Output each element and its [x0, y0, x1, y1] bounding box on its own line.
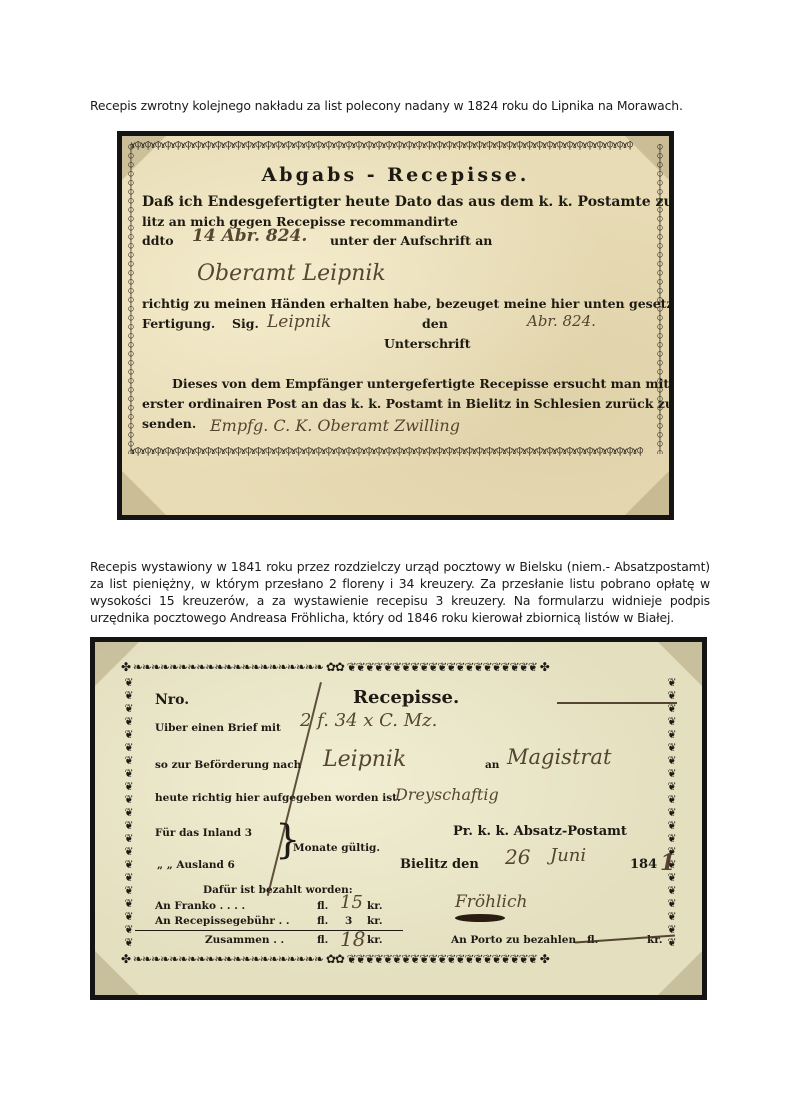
leaf-border-bottom: ✤ ❧❧❧❧❧❧❧❧❧❧❧❧❧❧❧❧❧❧❧❧❧ ✿✿ ❦❦❦❦❦❦❦❦❦❦❦❦❦… — [121, 952, 680, 966]
handwritten-sig-date: Abr. 824. — [527, 312, 596, 330]
number-label: Nro. — [155, 692, 189, 708]
ink-blot — [455, 914, 505, 922]
text-line: an — [485, 759, 499, 771]
text-line: „ „ Ausland 6 — [157, 859, 235, 871]
post-office-name: Pr. k. k. Absatz-Postamt — [453, 824, 627, 839]
text-line: unter der Aufschrift an — [330, 233, 492, 248]
text-line: Dafür ist bezahlt worden: — [203, 884, 353, 896]
chain-border-top: ɤ⌽ɤ⌽ɤ⌽ɤ⌽ɤ⌽ɤ⌽ɤ⌽ɤ⌽ɤ⌽ɤ⌽ɤ⌽ɤ⌽ɤ⌽ɤ⌽ɤ⌽ɤ⌽ɤ⌽ɤ⌽ɤ⌽ɤ⌽… — [130, 141, 661, 151]
handwritten-signature: Fröhlich — [455, 892, 527, 912]
text-line: Unterschrift — [384, 336, 471, 351]
handwritten-year-digit: 1 — [660, 850, 675, 876]
leaf-border-top: ✤ ❧❧❧❧❧❧❧❧❧❧❧❧❧❧❧❧❧❧❧❧❧ ✿✿ ❦❦❦❦❦❦❦❦❦❦❦❦❦… — [121, 660, 680, 674]
text-line: heute richtig hier aufgegeben worden ist… — [155, 792, 401, 804]
fee-total-label: Zusammen . . — [205, 934, 284, 946]
text-line: Für das Inland 3 — [155, 827, 252, 839]
currency-fl: fl. — [317, 900, 328, 912]
chain-border-left: ⌽⌽⌽⌽⌽⌽⌽⌽⌽⌽⌽⌽⌽⌽⌽⌽⌽⌽⌽⌽⌽⌽⌽⌽⌽⌽⌽⌽⌽⌽⌽⌽⌽⌽⌽ — [126, 144, 136, 454]
handwritten-total-kr: 18 — [340, 927, 365, 951]
text-line: senden. — [142, 416, 196, 431]
receipt-1841-scan: ✤ ❧❧❧❧❧❧❧❧❧❧❧❧❧❧❧❧❧❧❧❧❧ ✿✿ ❦❦❦❦❦❦❦❦❦❦❦❦❦… — [90, 637, 707, 1000]
text-line: Daß ich Endesgefertigter heute Dato das … — [142, 194, 669, 210]
handwritten-description: Dreyschaftig — [395, 785, 499, 804]
currency-kr: kr. — [367, 900, 383, 912]
text-line: Uiber einen Brief mit — [155, 722, 281, 734]
text-line: den — [422, 316, 448, 331]
photo-corner — [122, 471, 166, 515]
text-line: Dieses von dem Empfänger untergefertigte… — [172, 376, 669, 391]
text-line: richtig zu meinen Händen erhalten habe, … — [142, 296, 669, 311]
document-title: Abgabs - Recepisse. — [122, 164, 669, 186]
text-line: Sig. — [232, 316, 259, 331]
ink-stroke — [267, 682, 322, 896]
leaf-border-right: ❦ ❦ ❦ ❦ ❦ ❦ ❦ ❦ ❦ ❦ ❦ ❦ ❦ ❦ ❦ ❦ ❦ ❦ ❦ ❦ … — [666, 676, 678, 950]
handwritten-day: 26 — [505, 845, 530, 869]
caption-1841-receipt: Recepis wystawiony w 1841 roku przez roz… — [90, 558, 710, 626]
handwritten-month: Juni — [550, 845, 586, 866]
leaf-border-left: ❦ ❦ ❦ ❦ ❦ ❦ ❦ ❦ ❦ ❦ ❦ ❦ ❦ ❦ ❦ ❦ ❦ ❦ ❦ ❦ … — [123, 676, 135, 950]
currency-fl: fl. — [317, 934, 328, 946]
handwritten-destination: Leipnik — [323, 747, 406, 772]
currency-kr: kr. — [367, 934, 383, 946]
currency-kr: kr. — [367, 915, 383, 927]
receipt-1841-paper: ✤ ❧❧❧❧❧❧❧❧❧❧❧❧❧❧❧❧❧❧❧❧❧ ✿✿ ❦❦❦❦❦❦❦❦❦❦❦❦❦… — [95, 642, 702, 995]
ink-stroke — [557, 702, 677, 704]
currency-fl: fl. — [317, 915, 328, 927]
fee-recepisse-label: An Recepissegebühr . . — [155, 915, 290, 927]
document-title: Recepisse. — [353, 687, 459, 708]
text-line: so zur Beförderung nach — [155, 759, 301, 771]
text-line: erster ordinairen Post an das k. k. Post… — [142, 396, 669, 411]
chain-border-bottom: ɤ⌽ɤ⌽ɤ⌽ɤ⌽ɤ⌽ɤ⌽ɤ⌽ɤ⌽ɤ⌽ɤ⌽ɤ⌽ɤ⌽ɤ⌽ɤ⌽ɤ⌽ɤ⌽ɤ⌽ɤ⌽ɤ⌽ɤ⌽… — [130, 447, 661, 457]
recepisse-kr-value: 3 — [345, 915, 352, 927]
handwritten-franko-kr: 15 — [340, 892, 363, 913]
handwritten-signature: Empfg. C. K. Oberamt Zwilling — [210, 416, 460, 435]
fee-franko-label: An Franko . . . . — [155, 900, 245, 912]
text-line: Fertigung. — [142, 316, 215, 331]
handwritten-amount: 2 f. 34 x C. Mz. — [300, 710, 437, 731]
year-prefix: 184 — [630, 857, 657, 872]
receipt-1824-scan: ɤ⌽ɤ⌽ɤ⌽ɤ⌽ɤ⌽ɤ⌽ɤ⌽ɤ⌽ɤ⌽ɤ⌽ɤ⌽ɤ⌽ɤ⌽ɤ⌽ɤ⌽ɤ⌽ɤ⌽ɤ⌽ɤ⌽ɤ⌽… — [117, 131, 674, 520]
text-line: Monate gültig. — [293, 842, 380, 854]
handwritten-place: Leipnik — [267, 312, 331, 332]
handwritten-date: 14 Abr. 824. — [192, 226, 307, 246]
photo-corner — [625, 471, 669, 515]
porto-label: An Porto zu bezahlen — [451, 934, 576, 946]
place-date-label: Bielitz den — [400, 857, 479, 872]
caption-1824-receipt: Recepis zwrotny kolejnego nakładu za lis… — [90, 97, 710, 114]
text-line: ddto — [142, 233, 174, 248]
handwritten-recipient: Oberamt Leipnik — [197, 261, 386, 286]
receipt-1824-paper: ɤ⌽ɤ⌽ɤ⌽ɤ⌽ɤ⌽ɤ⌽ɤ⌽ɤ⌽ɤ⌽ɤ⌽ɤ⌽ɤ⌽ɤ⌽ɤ⌽ɤ⌽ɤ⌽ɤ⌽ɤ⌽ɤ⌽ɤ⌽… — [122, 136, 669, 515]
handwritten-addressee: Magistrat — [507, 745, 611, 769]
